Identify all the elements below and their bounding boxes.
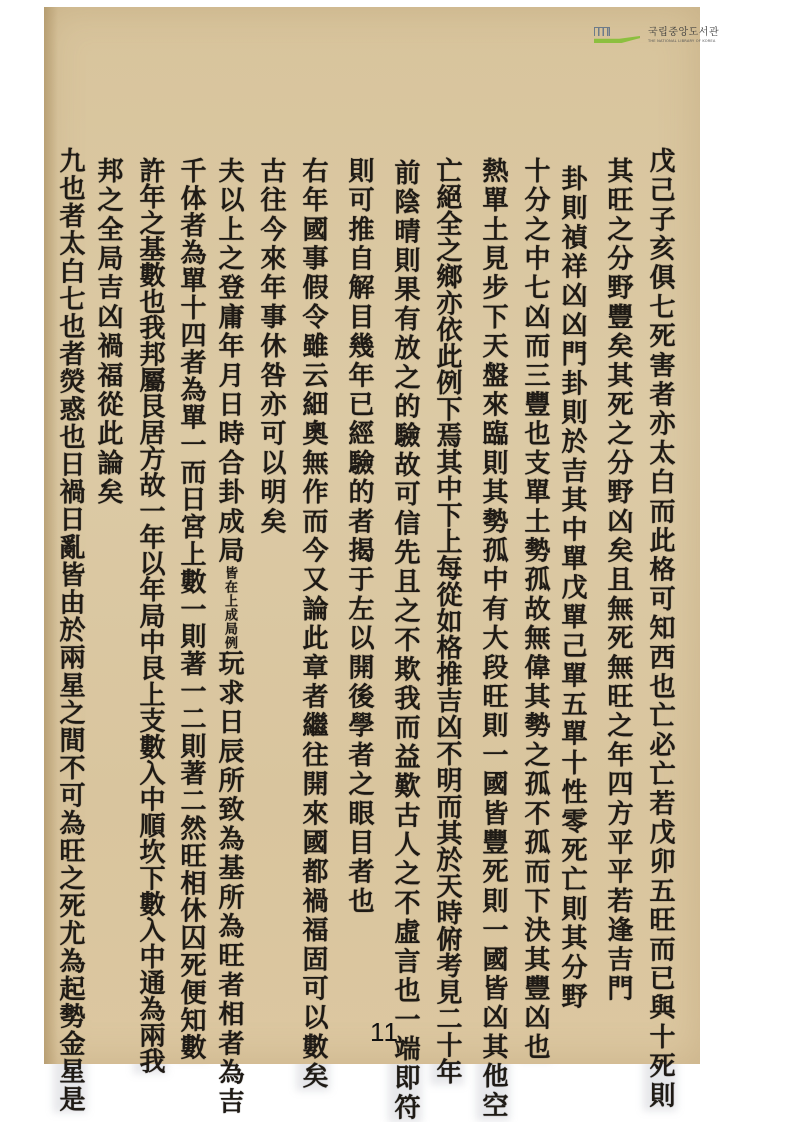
- text-column-13: 許年之基數也我邦屬艮居方故一年以年局中艮上支數入中順坎下數入中通為兩我: [135, 157, 165, 1074]
- text-column-7: 前陰晴則果有放之的驗故可信先且之不欺我而益歎古人之不虛言也一端即符: [390, 159, 420, 1122]
- text-column-4: 十分之中七凶而三豐也支單土勢孤故無偉其勢之孤不孤而下決其豐凶也: [520, 157, 550, 1062]
- logo-english-name: THE NATIONAL LIBRARY OF KOREA: [648, 40, 719, 44]
- text-column-10: 古往今來年事休咎亦可以明矣: [256, 157, 286, 537]
- page-number: 11: [370, 1017, 399, 1048]
- text-column-2: 其旺之分野豐矣其死之分野凶矣且無死無旺之年四方平平若逢吉門: [603, 157, 633, 1004]
- column-11-note-left: 皆在上: [222, 566, 237, 608]
- national-library-logo: 국립중앙도서관 THE NATIONAL LIBRARY OF KOREA: [594, 24, 734, 48]
- text-column-3: 卦則禎祥凶凶門卦則於吉其中單戊單己單五單十性零死亡則其分野: [557, 165, 587, 1012]
- text-column-5: 熱單土見步下天盤來臨則其勢孤中有大段旺則一國皆豐死則一國皆凶其他空: [478, 157, 508, 1121]
- column-11-head: 夫以上之登庸年月日時合卦成局: [214, 157, 244, 566]
- text-column-6: 亡絕全之鄉亦依此例下焉其中下上每從如格推吉凶不明而其於天時俯考見二十年: [432, 157, 462, 1085]
- text-column-11: 夫以上之登庸年月日時合卦成局皆在上成局例玩求日辰所致為基所為旺者相者為吉: [214, 157, 244, 1017]
- column-11-note-right: 成局例: [222, 608, 237, 650]
- text-column-9: 右年國事假令雖云細奧無作而今又論此章者繼往開來國都禍福固可以數矣: [298, 157, 328, 1091]
- library-emblem-icon: [594, 26, 644, 46]
- text-column-8: 則可推自解目幾年已經驗的者揭于左以開後學者之眼目者也: [344, 157, 374, 916]
- manuscript-page: 戊己子亥俱七死害者亦太白而此格可知西也亡必亡若戊卯五旺而已與十死則 其旺之分野豐…: [44, 7, 700, 1064]
- text-column-1: 戊己子亥俱七死害者亦太白而此格可知西也亡必亡若戊卯五旺而已與十死則: [645, 147, 675, 1111]
- logo-korean-name: 국립중앙도서관: [648, 28, 719, 38]
- column-11-tail: 玩求日辰所致為基所為旺者相者為吉: [214, 650, 244, 1117]
- text-column-12: 千体者為單十四者為單一而日宮上數一則著一二則著二然旺相休囚死便知數: [176, 157, 206, 1061]
- text-column-15: 九也者太白七也者熒惑也日禍日亂皆由於兩星之間不可為旺之死尤為起勢金星是: [55, 147, 85, 1113]
- text-column-14: 邦之全局吉凶禍福從此論矣: [93, 157, 123, 507]
